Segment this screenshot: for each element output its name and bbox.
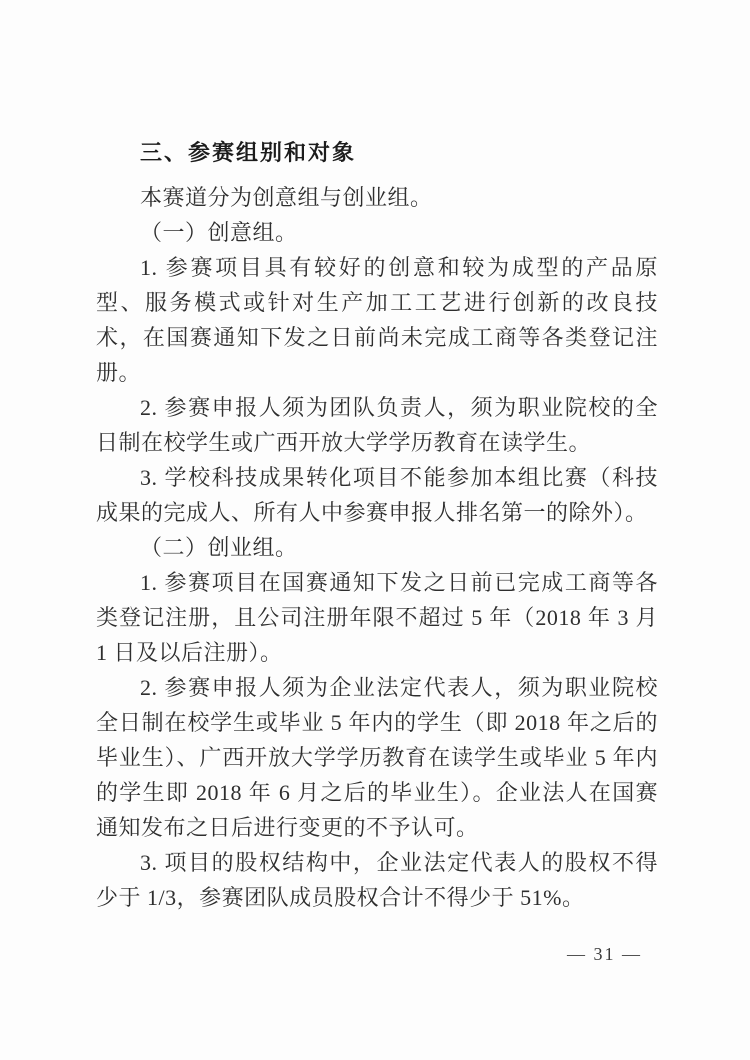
subsection-startup-group-heading: （二）创业组。 bbox=[96, 530, 658, 565]
creative-group-item-3: 3. 学校科技成果转化项目不能参加本组比赛（科技成果的完成人、所有人中参赛申报人… bbox=[96, 460, 658, 530]
intro-paragraph: 本赛道分为创意组与创业组。 bbox=[96, 180, 658, 215]
document-page: 三、参赛组别和对象 本赛道分为创意组与创业组。 （一）创意组。 1. 参赛项目具… bbox=[0, 0, 750, 1060]
startup-group-item-3: 3. 项目的股权结构中，企业法定代表人的股权不得少于 1/3，参赛团队成员股权合… bbox=[96, 845, 658, 915]
document-body: 三、参赛组别和对象 本赛道分为创意组与创业组。 （一）创意组。 1. 参赛项目具… bbox=[96, 141, 658, 915]
section-heading: 三、参赛组别和对象 bbox=[96, 141, 658, 165]
startup-group-item-1: 1. 参赛项目在国赛通知下发之日前已完成工商等各类登记注册，且公司注册年限不超过… bbox=[96, 565, 658, 670]
startup-group-item-2: 2. 参赛申报人须为企业法定代表人，须为职业院校全日制在校学生或毕业 5 年内的… bbox=[96, 670, 658, 845]
subsection-creative-group-heading: （一）创意组。 bbox=[96, 215, 658, 250]
page-number: — 31 — bbox=[567, 944, 642, 965]
creative-group-item-1: 1. 参赛项目具有较好的创意和较为成型的产品原型、服务模式或针对生产加工工艺进行… bbox=[96, 250, 658, 390]
creative-group-item-2: 2. 参赛申报人须为团队负责人，须为职业院校的全日制在校学生或广西开放大学学历教… bbox=[96, 390, 658, 460]
